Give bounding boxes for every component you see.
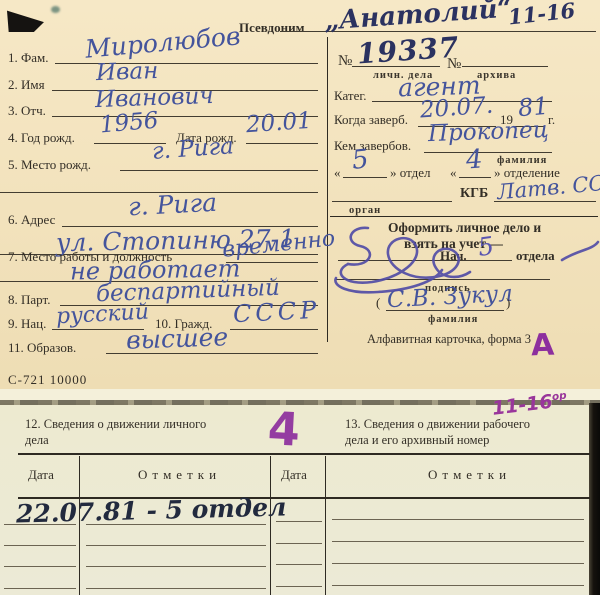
section12-title-line2: дела (25, 433, 49, 448)
table-divider-3 (325, 456, 326, 595)
field-label-nac: 9. Нац. (8, 316, 46, 332)
stamp-number-4: 4 (267, 401, 302, 457)
row-line (332, 541, 584, 542)
underline (246, 143, 318, 144)
underline (494, 201, 596, 202)
kem-label: Кем завербов. (334, 138, 411, 154)
row-line (86, 566, 266, 567)
underline (343, 177, 387, 178)
field-label-adres: 6. Адрес (8, 212, 55, 228)
field-value-god: 1956 (99, 109, 159, 137)
col-header-data-2: Дата (281, 467, 307, 483)
otdel-value: 5 (351, 146, 370, 174)
row-line (4, 588, 76, 589)
alphabet-card: Псевдоним „Анатолий“ 11-16 1. Фам. Мирол… (0, 0, 600, 389)
row-line (86, 588, 266, 589)
form-caption: Алфавитная карточка, форма 3 (367, 332, 531, 347)
col-header-otmetki-2: Отметки (428, 467, 511, 483)
underline (120, 170, 318, 171)
field-label-otch: 3. Отч. (8, 103, 46, 119)
row-line (332, 585, 584, 586)
otdel-suffix: » отдел (390, 165, 430, 181)
print-code: С-721 10000 (8, 372, 87, 388)
underline (462, 66, 548, 67)
stamp-letter-a: А (530, 328, 554, 364)
table-divider-2 (270, 456, 271, 595)
field-label-fam: 1. Фам. (8, 50, 49, 66)
scanned-index-card: Псевдоним „Анатолий“ 11-16 1. Фам. Мирол… (0, 0, 600, 595)
col-header-otmetki-1: Отметки (138, 467, 221, 483)
row-line (4, 566, 76, 567)
movement-entry: 22.07.81 - 5 отдел (16, 494, 287, 526)
underline (230, 329, 318, 330)
field-value-mesto: г. Рига (151, 135, 234, 164)
note-superscript: ор (551, 389, 567, 403)
kogda-label: Когда заверб. (334, 112, 408, 128)
scan-edge-shadow (589, 403, 600, 595)
field-label-obrazov: 11. Образов. (8, 340, 76, 356)
field-label-god: 4. Год рожд. (8, 130, 75, 146)
field-value-nac: русский (55, 302, 149, 329)
otdel-quote-open: « (334, 165, 341, 181)
signature-scrawl (330, 220, 600, 305)
otdelenie-quote-open: « (450, 165, 457, 181)
row-line (86, 545, 266, 546)
underline (386, 310, 504, 311)
caption-familiya-2: фамилия (428, 314, 478, 325)
underline (55, 63, 318, 64)
field-label-part: 8. Парт. (8, 292, 50, 308)
underline (459, 177, 491, 178)
field-value-adres: г. Рига (127, 190, 217, 220)
number-lichnoe-label: № (338, 53, 352, 70)
col-header-data-1: Дата (28, 467, 54, 483)
otdelenie-value: 4 (465, 146, 483, 173)
row-line (276, 586, 322, 587)
caption-arhiva: архива (477, 70, 516, 81)
section13-title-line2: дела и его архивный номер (345, 433, 489, 448)
field-value-grazhd: СССР (232, 298, 320, 327)
kogda-year-suffix: г. (548, 112, 555, 128)
row-line (4, 545, 76, 546)
row-line (332, 563, 584, 564)
table-rule-top (18, 453, 590, 455)
scan-corner-artifact (7, 6, 49, 32)
column-divider (327, 37, 328, 342)
field-label-mesto: 5. Место рожд. (8, 157, 91, 173)
field-value-imya: Иван (96, 60, 159, 85)
scan-ink-smudge (51, 6, 60, 13)
kateg-label: Катег. (334, 88, 367, 104)
row-line (332, 519, 584, 520)
underline (332, 201, 452, 202)
pseudonym-note: 11-16 (507, 0, 576, 27)
row-line (276, 543, 322, 544)
caption-organ: орган (349, 205, 381, 216)
section13-title-line1: 13. Сведения о движении рабочего (345, 417, 530, 432)
section-rule (330, 216, 598, 217)
section12-title-line1: 12. Сведения о движении личного (25, 417, 206, 432)
field-value-data-rozhd: 20.01 (245, 110, 312, 138)
number-lichnoe-value: 19337 (356, 33, 460, 68)
kem-value: Прокопец (428, 119, 549, 146)
field-value-fam: Миролюбов (84, 23, 241, 61)
row-line (276, 564, 322, 565)
underline (424, 152, 552, 153)
field-value-obrazov: высшее (126, 324, 229, 353)
field-label-imya: 2. Имя (8, 77, 45, 93)
organ-kgb: КГБ (460, 186, 488, 202)
pseudonym-value: „Анатолий“ (323, 0, 513, 35)
pseudonym-label: Псевдоним (239, 20, 304, 36)
